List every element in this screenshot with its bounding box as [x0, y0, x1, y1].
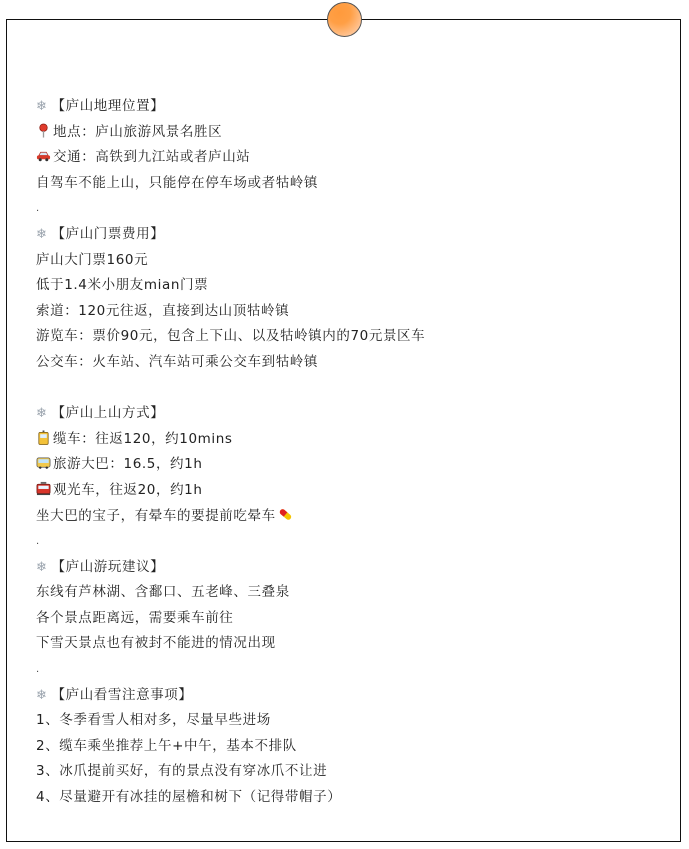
section-heading: ❄【庐山上山方式】 [36, 401, 666, 427]
section-heading: ❄【庐山地理位置】 [36, 94, 666, 120]
list-item: 缆车：往返120，约10mins [36, 427, 666, 453]
section-heading: ❄【庐山门票费用】 [36, 222, 666, 248]
list-item: 东线有芦林湖、含鄱口、五老峰、三叠泉 [36, 580, 666, 606]
cable-car-icon [36, 430, 51, 445]
list-item: 下雪天景点也有被封不能进的情况出现 [36, 631, 666, 657]
list-item: 自驾车不能上山，只能停在停车场或者牯岭镇 [36, 171, 666, 197]
section-heading: ❄【庐山看雪注意事项】 [36, 683, 666, 709]
line-text: 自驾车不能上山，只能停在停车场或者牯岭镇 [36, 175, 318, 191]
orange-circle-badge [327, 2, 362, 37]
heading-text: 【庐山门票费用】 [52, 226, 165, 242]
line-text: 1、冬季看雪人相对多，尽量早些进场 [36, 712, 271, 728]
line-text: 坐大巴的宝子，有晕车的要提前吃晕车 [36, 508, 276, 524]
line-text: 公交车：火车站、汽车站可乘公交车到牯岭镇 [36, 354, 318, 370]
list-item: 庐山大门票160元 [36, 248, 666, 274]
list-item: 低于1.4米小朋友mian门票 [36, 273, 666, 299]
line-text: 索道：120元往返，直接到达山顶牯岭镇 [36, 303, 289, 319]
list-item: 观光车，往返20，约1h [36, 478, 666, 504]
list-item: 交通：高铁到九江站或者庐山站 [36, 145, 666, 171]
bus-icon [36, 455, 51, 470]
list-item: 地点：庐山旅游风景名胜区 [36, 120, 666, 146]
list-item: 4、尽量避开有冰挂的屋檐和树下（记得带帽子） [36, 785, 666, 811]
line-text: 旅游大巴：16.5，约1h [53, 456, 203, 472]
heading-text: 【庐山看雪注意事项】 [52, 687, 193, 703]
pin-icon [36, 123, 51, 138]
article-body: ❄【庐山地理位置】 地点：庐山旅游风景名胜区 交通：高铁到九江站或者庐山站 自驾… [36, 94, 666, 811]
line-text: 下雪天景点也有被封不能进的情况出现 [36, 635, 276, 651]
section-heading: ❄【庐山游玩建议】 [36, 555, 666, 581]
line-text: 观光车，往返20，约1h [53, 482, 203, 498]
snowflake-icon: ❄ [36, 406, 48, 421]
snowflake-icon: ❄ [36, 688, 48, 703]
line-text: 4、尽量避开有冰挂的屋檐和树下（记得带帽子） [36, 789, 341, 805]
line-text: 地点：庐山旅游风景名胜区 [53, 124, 222, 140]
snowflake-icon: ❄ [36, 560, 48, 575]
line-text: 3、冰爪提前买好，有的景点没有穿冰爪不让进 [36, 763, 327, 779]
list-item: 1、冬季看雪人相对多，尽量早些进场 [36, 708, 666, 734]
line-text: 游览车：票价90元，包含上下山、以及牯岭镇内的70元景区车 [36, 328, 425, 344]
line-text: 东线有芦林湖、含鄱口、五老峰、三叠泉 [36, 584, 290, 600]
list-item: 游览车：票价90元，包含上下山、以及牯岭镇内的70元景区车 [36, 324, 666, 350]
list-item: 索道：120元往返，直接到达山顶牯岭镇 [36, 299, 666, 325]
list-item: 3、冰爪提前买好，有的景点没有穿冰爪不让进 [36, 759, 666, 785]
line-text: 缆车：往返120，约10mins [53, 431, 233, 447]
tram-icon [36, 481, 51, 496]
list-item: 公交车：火车站、汽车站可乘公交车到牯岭镇 [36, 350, 666, 376]
snowflake-icon: ❄ [36, 99, 48, 114]
separator-dot: . [36, 657, 666, 683]
snowflake-icon: ❄ [36, 227, 48, 242]
list-item: 2、缆车乘坐推荐上午+中午，基本不排队 [36, 734, 666, 760]
separator-dot: . [36, 529, 666, 555]
heading-text: 【庐山上山方式】 [52, 405, 165, 421]
heading-text: 【庐山地理位置】 [52, 98, 165, 114]
list-item: 旅游大巴：16.5，约1h [36, 452, 666, 478]
heading-text: 【庐山游玩建议】 [52, 559, 165, 575]
pill-icon [278, 507, 293, 522]
line-text: 各个景点距离远，需要乘车前往 [36, 610, 233, 626]
line-text: 庐山大门票160元 [36, 252, 148, 268]
line-text: 2、缆车乘坐推荐上午+中午，基本不排队 [36, 738, 297, 754]
separator-dot: . [36, 196, 666, 222]
car-icon [36, 148, 51, 163]
list-item: 坐大巴的宝子，有晕车的要提前吃晕车 [36, 504, 666, 530]
line-text: 低于1.4米小朋友mian门票 [36, 277, 208, 293]
list-item: 各个景点距离远，需要乘车前往 [36, 606, 666, 632]
line-text: 交通：高铁到九江站或者庐山站 [53, 149, 250, 165]
blank-line [36, 376, 666, 402]
